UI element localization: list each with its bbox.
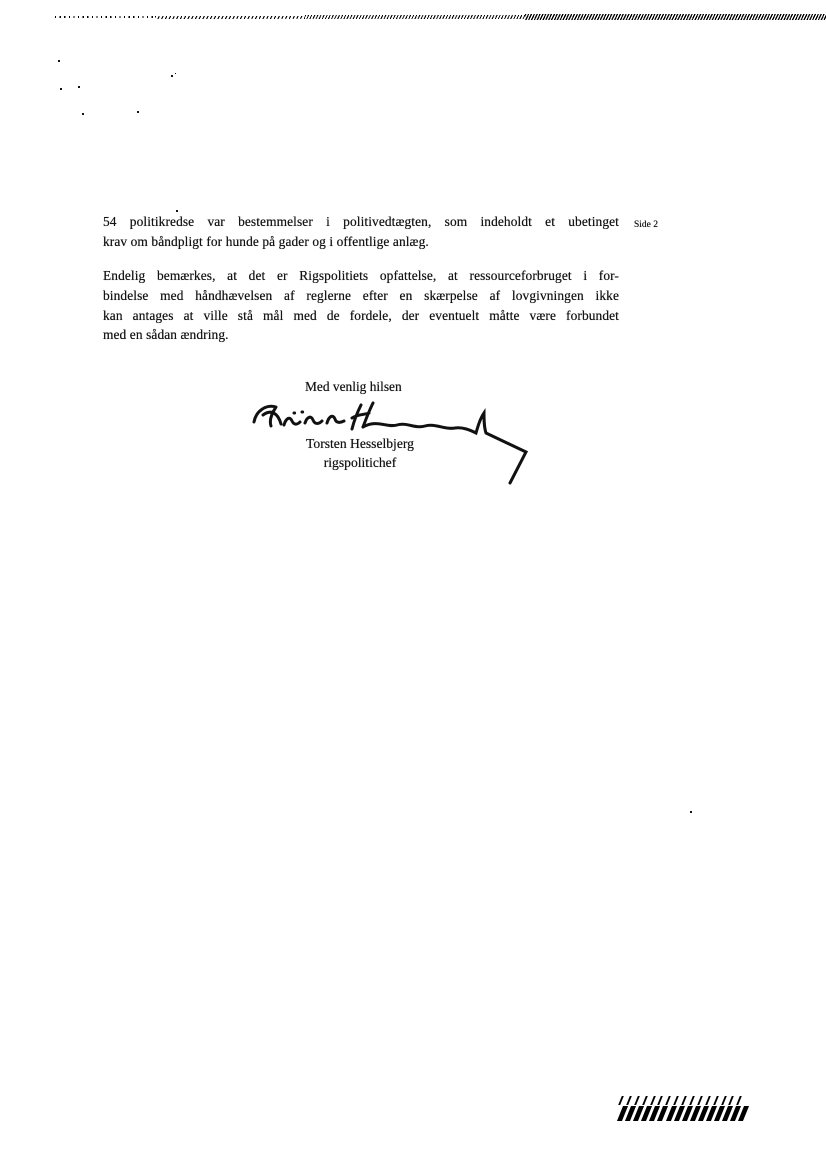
paragraph-line: 54 politikredse var bestemmelser i polit… <box>103 212 619 232</box>
scan-speck <box>175 73 176 74</box>
body-paragraph-1: 54 politikredse var bestemmelser i polit… <box>103 212 619 252</box>
scan-artifact-hatch <box>155 16 305 19</box>
scan-speck <box>137 111 139 113</box>
signatory-title: rigspolitichef <box>250 453 470 472</box>
paragraph-line: bindelse med håndhævelsen af reglerne ef… <box>103 286 619 306</box>
scan-speck <box>60 88 62 90</box>
scan-speck <box>690 811 692 813</box>
scan-speck <box>58 60 60 62</box>
scanned-letter-page: Side 2 54 politikredse var bestemmelser … <box>0 0 826 1169</box>
body-paragraph-2: Endelig bemærkes, at det er Rigspolitiet… <box>103 266 619 345</box>
punch-marks-row-thick <box>620 1105 750 1121</box>
paragraph-line: krav om båndpligt for hunde på gader og … <box>103 232 619 252</box>
scan-artifact-hatch <box>305 15 525 19</box>
paragraph-line: Endelig bemærkes, at det er Rigspolitiet… <box>103 266 619 286</box>
scan-artifact-hatch <box>525 14 826 20</box>
page-number-label: Side 2 <box>634 220 658 230</box>
signature-block: Torsten Hesselbjerg rigspolitichef <box>250 434 470 472</box>
signatory-name: Torsten Hesselbjerg <box>250 434 470 453</box>
scan-speck <box>171 75 173 77</box>
paragraph-line: kan antages at ville stå mål med de ford… <box>103 306 619 326</box>
punch-marks-row-thin <box>620 1096 750 1105</box>
scan-speck <box>78 86 80 88</box>
paragraph-line: med en sådan ændring. <box>103 325 619 345</box>
scan-artifact-dots <box>55 16 155 18</box>
punch-marks <box>620 1096 750 1121</box>
scan-speck <box>82 113 84 115</box>
